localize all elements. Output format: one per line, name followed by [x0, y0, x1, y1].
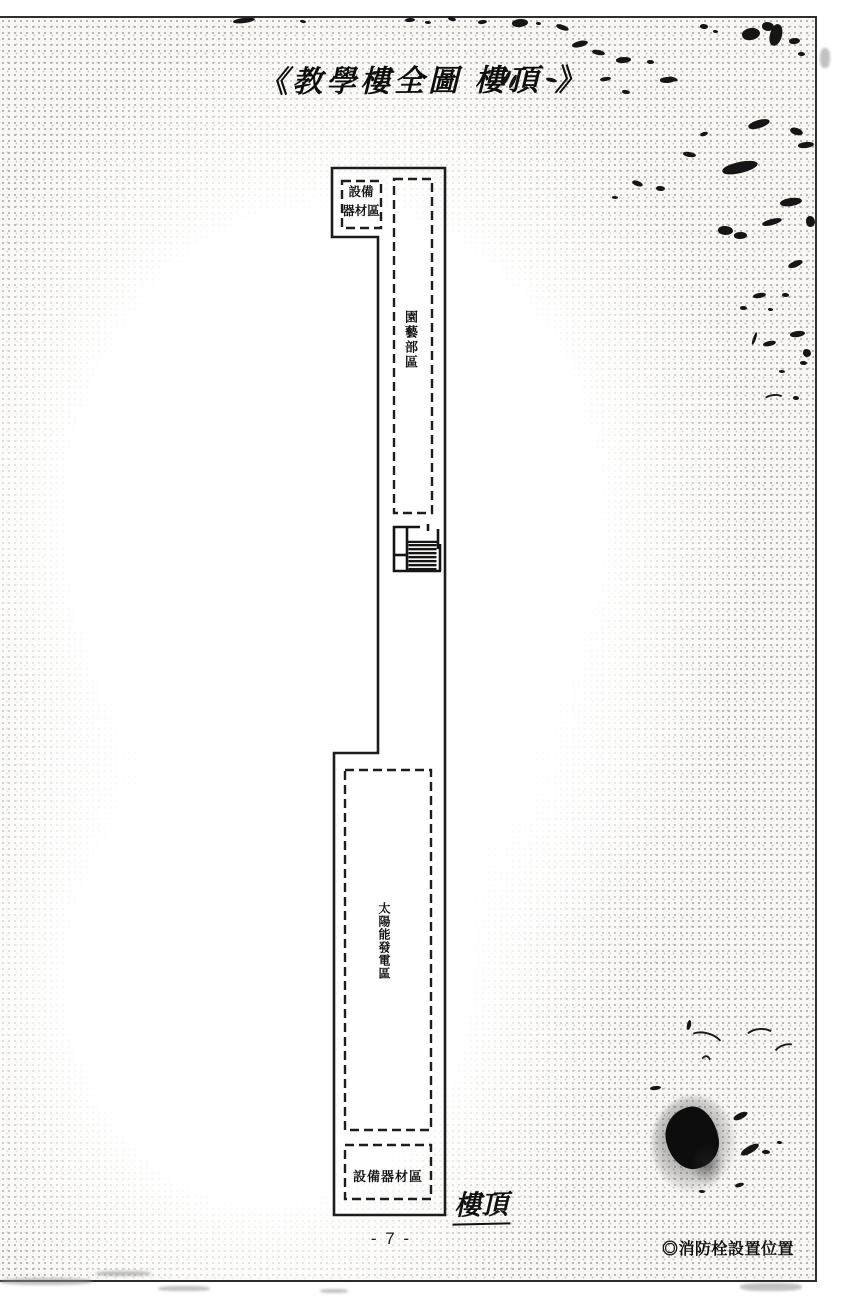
ink-speck [768, 308, 773, 311]
gray-smudge [0, 1278, 92, 1285]
ink-speck [806, 216, 815, 227]
ink-speck [700, 24, 708, 29]
ink-speck [777, 1141, 782, 1144]
ink-speck [798, 52, 805, 56]
scanned-page: 《教學樓全圖 樓頂 》 設備 器材區 園藝部區 太陽能發 [0, 0, 842, 1300]
ink-speck [800, 361, 807, 365]
page-number: - 7 - [355, 1229, 427, 1249]
gray-smudge [740, 1283, 802, 1291]
floor-plan-drawing [320, 158, 460, 1224]
ink-speck [536, 22, 541, 25]
fire-hydrant-legend: ◎消防栓設置位置 [662, 1236, 794, 1259]
equipment-area-bottom-label: 設備器材區 [345, 1166, 431, 1185]
ink-speck [779, 370, 785, 373]
gray-smudge [320, 1289, 348, 1293]
gray-smudge [820, 48, 830, 68]
ink-speck [793, 396, 799, 400]
floor-name-label: 樓頂 [452, 1182, 511, 1225]
ink-stain-fuzz [690, 1142, 724, 1186]
ink-speck [656, 186, 665, 191]
gray-smudge [158, 1286, 210, 1291]
ink-speck [699, 1190, 705, 1193]
equipment-area-top-label-line1: 設備 [340, 183, 382, 202]
stairs-icon [393, 524, 441, 572]
ink-speck [803, 349, 811, 357]
equipment-area-top-label: 設備 器材區 [340, 183, 382, 221]
ink-speck [647, 60, 654, 64]
building-outline [332, 168, 445, 1215]
equipment-area-top-label-line2: 器材區 [340, 202, 382, 221]
page-title: 《教學樓全圖 樓頂 》 [258, 55, 589, 101]
ink-speck [718, 226, 733, 235]
gray-smudge [96, 1271, 151, 1276]
garden-area-label: 園藝部區 [401, 310, 420, 370]
ink-speck [740, 306, 747, 310]
ink-speck [762, 1150, 770, 1154]
ink-speck [713, 30, 718, 33]
solar-area-label: 太陽能發電區 [376, 902, 393, 980]
ink-speck [782, 293, 789, 297]
ink-speck [425, 21, 431, 24]
ink-speck [612, 196, 618, 199]
